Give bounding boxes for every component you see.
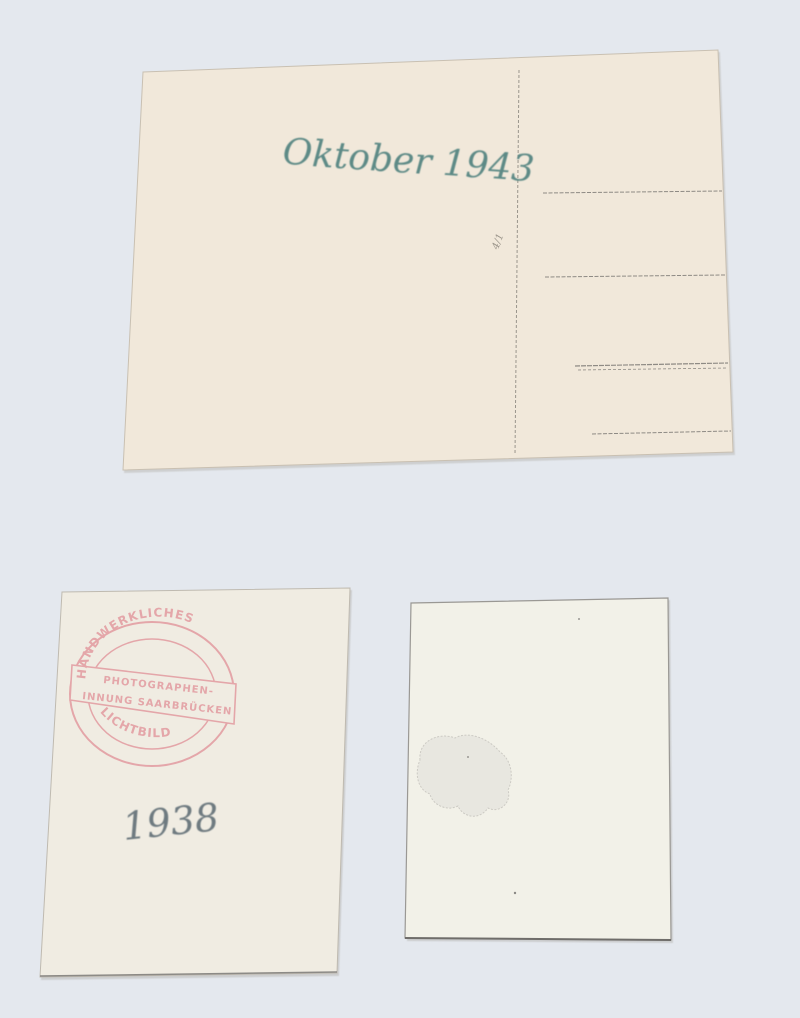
photo-right-back	[405, 598, 673, 943]
photo-scene: 4/1 Oktober 1943 HANDWERKLICHES LICHTBIL…	[0, 0, 800, 1018]
postcard-paper	[123, 50, 733, 470]
postcard-back: 4/1 Oktober 1943	[123, 50, 735, 473]
speck	[578, 618, 580, 620]
speck	[467, 756, 469, 758]
photo-left-back: HANDWERKLICHES LICHTBILD PHOTOGRAPHEN- I…	[40, 588, 352, 980]
speck	[514, 892, 516, 894]
